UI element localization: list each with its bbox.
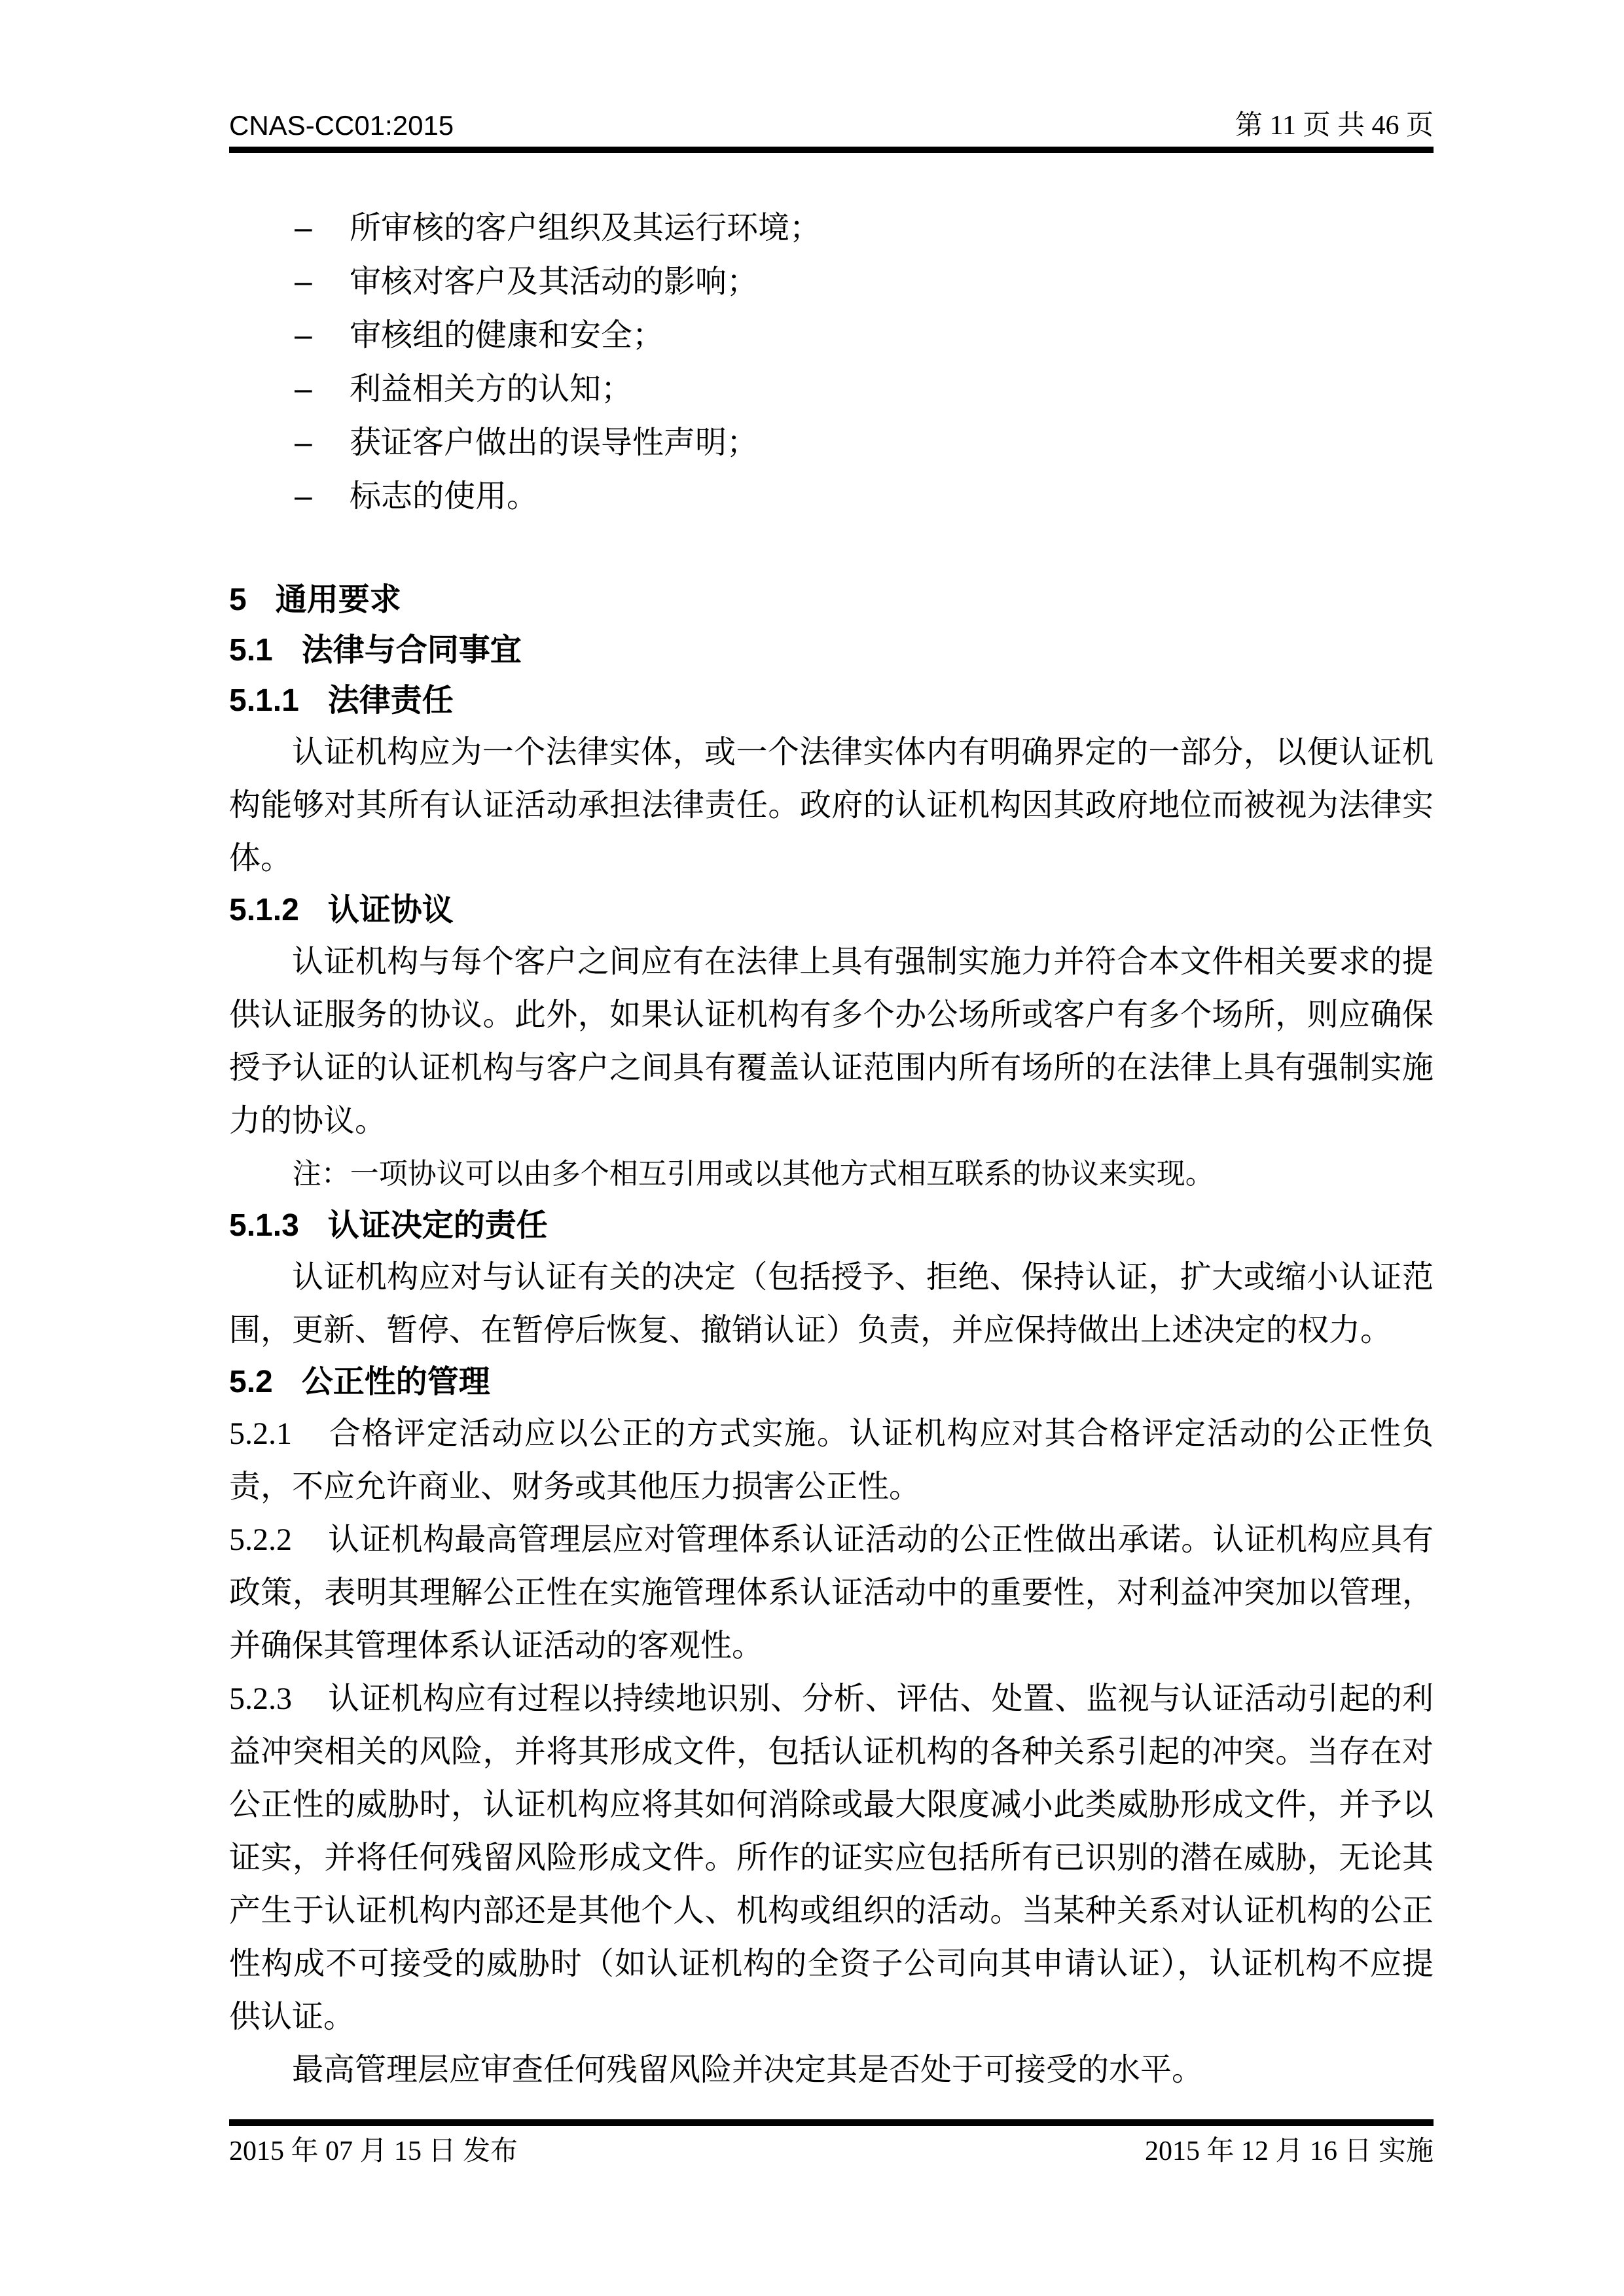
paragraph-5-1-3: 认证机构应对与认证有关的决定（包括授予、拒绝、保持认证，扩大或缩小认证范围，更新… <box>229 1251 1434 1357</box>
list-item-text: 审核对客户及其活动的影响； <box>350 255 758 309</box>
paragraph-5-2-1: 5.2.1合格评定活动应以公正的方式实施。认证机构应对其合格评定活动的公正性负责… <box>229 1407 1434 1513</box>
paragraph-5-1-2: 认证机构与每个客户之间应有在法律上具有强制实施力并符合本文件相关要求的提供认证服… <box>229 935 1434 1147</box>
section-heading-5: 5通用要求 <box>229 575 1434 625</box>
heading-title: 法律与合同事宜 <box>302 633 522 668</box>
heading-title: 通用要求 <box>276 583 401 617</box>
heading-number: 5.1.2 <box>229 893 299 927</box>
list-item-text: 审核组的健康和安全； <box>350 309 664 363</box>
paragraph-final: 最高管理层应审查任何残留风险并决定其是否处于可接受的水平。 <box>229 2043 1434 2096</box>
section-heading-5-1-1: 5.1.1法律责任 <box>229 675 1434 726</box>
list-item: – 利益相关方的认知； <box>229 363 1434 416</box>
page-header: CNAS-CC01:2015 第 11 页 共 46 页 <box>229 110 1434 153</box>
document-page: CNAS-CC01:2015 第 11 页 共 46 页 – 所审核的客户组织及… <box>0 0 1624 2296</box>
heading-title: 公正性的管理 <box>302 1365 490 1399</box>
section-heading-5-1-2: 5.1.2认证协议 <box>229 885 1434 935</box>
heading-title: 认证协议 <box>328 893 454 927</box>
section-heading-5-1-3: 5.1.3认证决定的责任 <box>229 1200 1434 1251</box>
implement-date: 2015 年 12 月 16 日 实施 <box>1145 2135 1434 2168</box>
paragraph-5-1-1: 认证机构应为一个法律实体，或一个法律实体内有明确界定的一部分，以便认证机构能够对… <box>229 726 1434 885</box>
clause-text: 合格评定活动应以公正的方式实施。认证机构应对其合格评定活动的公正性负责，不应允许… <box>229 1416 1434 1504</box>
list-item: – 标志的使用。 <box>229 470 1434 524</box>
clause-number: 5.2.3 <box>229 1681 292 1716</box>
dash-marker: – <box>229 416 350 470</box>
list-item-text: 获证客户做出的误导性声明； <box>350 416 758 470</box>
dash-marker: – <box>229 470 350 524</box>
list-item: – 获证客户做出的误导性声明； <box>229 416 1434 470</box>
dash-marker: – <box>229 202 350 255</box>
clause-text: 认证机构最高管理层应对管理体系认证活动的公正性做出承诺。认证机构应具有政策，表明… <box>229 1522 1434 1663</box>
heading-number: 5 <box>229 583 247 617</box>
heading-number: 5.1.3 <box>229 1208 299 1243</box>
note-5-1-2: 注：一项协议可以由多个相互引用或以其他方式相互联系的协议来实现。 <box>229 1147 1434 1200</box>
heading-number: 5.2 <box>229 1365 273 1399</box>
clause-text: 认证机构应有过程以持续地识别、分析、评估、处置、监视与认证活动引起的利益冲突相关… <box>229 1681 1434 2034</box>
paragraph-5-2-2: 5.2.2认证机构最高管理层应对管理体系认证活动的公正性做出承诺。认证机构应具有… <box>229 1513 1434 1672</box>
heading-title: 法律责任 <box>328 683 454 718</box>
page-body: – 所审核的客户组织及其运行环境； – 审核对客户及其活动的影响； – 审核组的… <box>229 190 1434 2096</box>
list-item-text: 利益相关方的认知； <box>350 363 632 416</box>
paragraph-5-2-3: 5.2.3认证机构应有过程以持续地识别、分析、评估、处置、监视与认证活动引起的利… <box>229 1672 1434 2043</box>
heading-title: 认证决定的责任 <box>328 1208 548 1243</box>
document-code: CNAS-CC01:2015 <box>229 110 454 141</box>
page-number-info: 第 11 页 共 46 页 <box>1235 110 1434 141</box>
dash-marker: – <box>229 255 350 309</box>
list-item-text: 标志的使用。 <box>350 470 538 524</box>
bullet-list: – 所审核的客户组织及其运行环境； – 审核对客户及其活动的影响； – 审核组的… <box>229 190 1434 524</box>
heading-number: 5.1.1 <box>229 683 299 718</box>
issue-date: 2015 年 07 月 15 日 发布 <box>229 2135 518 2168</box>
dash-marker: – <box>229 309 350 363</box>
list-item: – 审核组的健康和安全； <box>229 309 1434 363</box>
list-item: – 审核对客户及其活动的影响； <box>229 255 1434 309</box>
section-heading-5-1: 5.1法律与合同事宜 <box>229 625 1434 675</box>
section-heading-5-2: 5.2公正性的管理 <box>229 1357 1434 1407</box>
page-footer: 2015 年 07 月 15 日 发布 2015 年 12 月 16 日 实施 <box>229 2119 1434 2168</box>
clause-number: 5.2.1 <box>229 1416 292 1451</box>
list-item-text: 所审核的客户组织及其运行环境； <box>350 202 821 255</box>
list-item: – 所审核的客户组织及其运行环境； <box>229 202 1434 255</box>
clause-number: 5.2.2 <box>229 1522 292 1557</box>
heading-number: 5.1 <box>229 633 273 668</box>
dash-marker: – <box>229 363 350 416</box>
